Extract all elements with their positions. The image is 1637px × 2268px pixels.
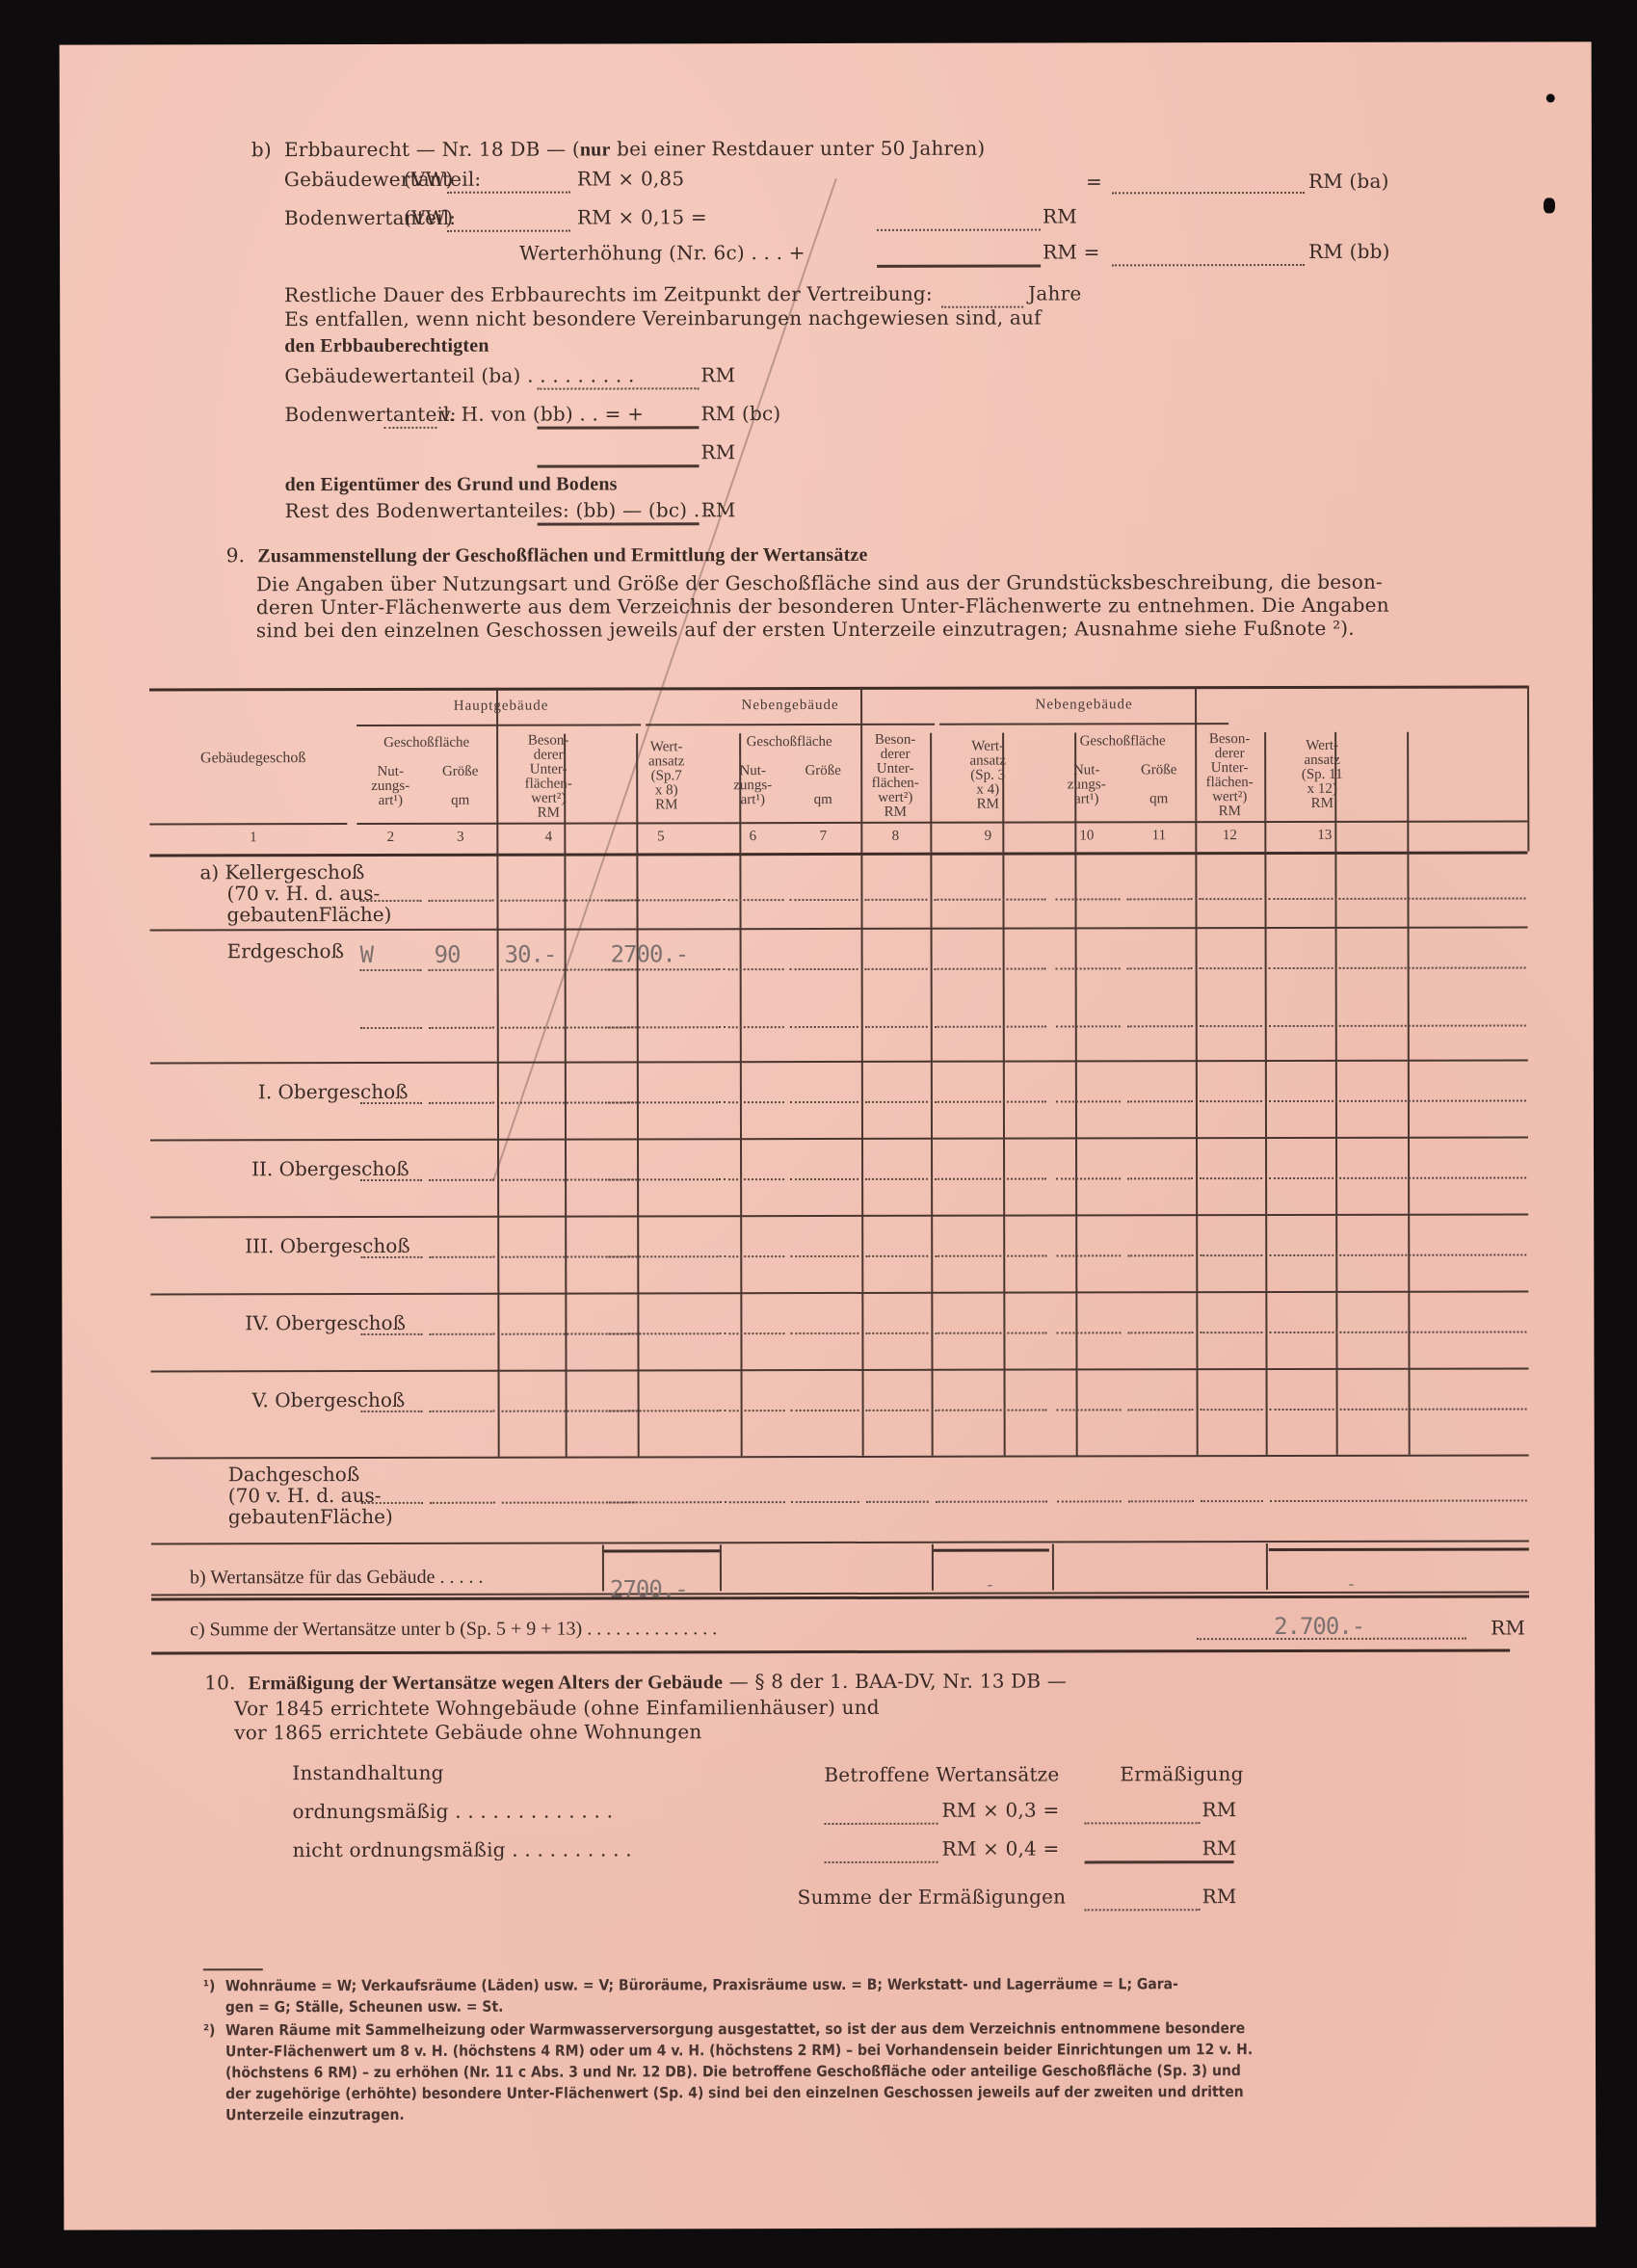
eigentuemer-heading: den Eigentümer des Grund und Bodens: [285, 473, 618, 496]
cell-entry-line[interactable]: [936, 1501, 1047, 1503]
section-10-heading: 10. Ermäßigung der Wertansätze wegen Alt…: [204, 1669, 1067, 1695]
col-besonderer: Beson-dererUnter-flächen-wert²)RM: [860, 733, 930, 820]
footnote-2: Waren Räume mit Sammelheizung oder Warmw…: [225, 2017, 1253, 2125]
col-number: 9: [930, 829, 1045, 845]
cell-entry-line[interactable]: [866, 1501, 929, 1503]
boden-factor: RM × 0,15 =: [577, 205, 707, 228]
row-label-obergeschoss-5: V. Obergeschoß: [252, 1389, 406, 1411]
cell-entry-line[interactable]: [1201, 1409, 1263, 1411]
erdgeschoss-wertansatz-value[interactable]: 2700.-: [611, 940, 689, 967]
ordnungsmaessig-ermaessigung-field[interactable]: [1084, 1805, 1200, 1824]
erdgeschoss-nutzungsart-value[interactable]: W: [360, 941, 374, 968]
col-groesse: Größe qm: [785, 764, 860, 807]
cell-entry-line[interactable]: [1128, 1409, 1194, 1411]
col-besonderer: Beson-dererUnter-flächen-wert²)RM: [1195, 732, 1264, 819]
cell-entry-line[interactable]: [935, 968, 1046, 970]
col-instandhaltung: Instandhaltung: [292, 1761, 443, 1784]
col-number: 5: [600, 829, 721, 845]
cell-entry-line[interactable]: [790, 1332, 858, 1334]
col-groesse: Größe qm: [1122, 763, 1195, 806]
col-wertansatz-3: Wert-ansatz(Sp. 11x 12)RM: [1264, 739, 1380, 811]
cell-entry-line[interactable]: [1127, 1254, 1193, 1256]
cell-entry-line[interactable]: [1127, 967, 1193, 969]
cell-entry-line[interactable]: [605, 1255, 721, 1257]
erdgeschoss-groesse-value[interactable]: 90: [435, 941, 461, 968]
cell-entry-line[interactable]: [1269, 966, 1526, 969]
cell-entry-line[interactable]: [1056, 1025, 1121, 1027]
section-9-heading: 9. Zusammenstellung der Geschoßflächen u…: [226, 542, 868, 567]
cell-entry-line[interactable]: [724, 1332, 784, 1334]
cell-entry-line[interactable]: [724, 1026, 784, 1028]
cell-entry-line[interactable]: [934, 899, 1045, 901]
row-b-nebengebaeude2-value[interactable]: -: [1346, 1574, 1356, 1595]
group-header-hauptgebaeude: Hauptgebäude: [356, 699, 646, 714]
erbbauberechtigten-heading: den Erbbauberechtigten: [284, 335, 488, 357]
cell-entry-line[interactable]: [606, 1501, 722, 1503]
cell-entry-line[interactable]: [428, 900, 493, 902]
cell-entry-line[interactable]: [725, 1410, 785, 1411]
cell-entry-line[interactable]: [360, 1179, 422, 1181]
footnote-2-mark: ²): [203, 2019, 216, 2041]
werterhoehung-label: Werterhöhung (Nr. 6c) . . . +: [519, 241, 805, 265]
cell-entry-line[interactable]: [724, 1255, 784, 1257]
row-b-nebengebaeude1-value[interactable]: -: [985, 1575, 994, 1596]
cell-entry-line[interactable]: [865, 1255, 928, 1257]
cell-entry-line[interactable]: [606, 1410, 722, 1411]
gebaeude-vw-field[interactable]: [447, 174, 570, 194]
equals-sign: =: [1086, 170, 1102, 193]
cell-entry-line[interactable]: [1127, 1100, 1193, 1102]
rest-field[interactable]: [538, 505, 700, 525]
row-label-obergeschoss-3: III. Obergeschoß: [245, 1235, 409, 1256]
subheader-geschossflaeche: Geschoßfläche: [356, 736, 496, 751]
cell-entry-line[interactable]: [1270, 1408, 1527, 1411]
col-number: 8: [860, 829, 930, 845]
jahre-unit: Jahre: [1028, 281, 1081, 304]
cell-entry-line[interactable]: [1127, 1177, 1193, 1179]
cell-entry-line[interactable]: [1199, 898, 1261, 900]
cell-entry-line[interactable]: [789, 899, 858, 901]
row-label-dachgeschoss: Dachgeschoß(70 v. H. d. aus-gebautenFläc…: [228, 1464, 393, 1527]
cell-entry-line[interactable]: [430, 1411, 495, 1412]
cell-entry-line[interactable]: [360, 1102, 422, 1104]
group-header-nebengebaeude-1: Nebengebäude: [646, 699, 935, 714]
form-page: b) Erbbaurecht — Nr. 18 DB — (nur bei ei…: [60, 41, 1597, 2229]
cell-entry-line[interactable]: [1269, 1331, 1526, 1333]
ba-result-field[interactable]: [1112, 174, 1305, 194]
boden-result-field[interactable]: [877, 212, 1041, 231]
cell-entry-line[interactable]: [360, 1027, 422, 1029]
cell-entry-line[interactable]: [1269, 1253, 1526, 1256]
cell-entry-line[interactable]: [1201, 1500, 1263, 1502]
cell-entry-line[interactable]: [936, 1410, 1047, 1411]
cell-entry-line[interactable]: [935, 1332, 1046, 1334]
geschossflaechen-table: Gebäudegeschoß Hauptgebäude Nebengebäude…: [149, 685, 1529, 1661]
col-number: 1: [149, 830, 356, 846]
summe-field[interactable]: [1085, 1891, 1201, 1911]
cell-entry-line[interactable]: [866, 1410, 929, 1411]
cell-entry-line[interactable]: [723, 899, 783, 901]
section-9-intro: Die Angaben über Nutzungsart und Größe d…: [256, 570, 1389, 642]
restdauer-label: Restliche Dauer des Erbbaurechts im Zeit…: [284, 282, 933, 306]
rm-unit: RM: [1202, 1836, 1237, 1859]
cell-entry-line[interactable]: [865, 968, 928, 970]
col-number: 3: [424, 830, 496, 846]
punch-hole: [1546, 93, 1555, 102]
cell-entry-line[interactable]: [724, 1101, 784, 1103]
footnote-1-mark: ¹): [203, 1975, 216, 1996]
col-header-gebaeudegeschoss: Gebäudegeschoß: [149, 751, 356, 765]
cell-entry-line[interactable]: [1057, 1409, 1122, 1411]
cell-entry-line[interactable]: [725, 1501, 785, 1503]
cell-entry-line[interactable]: [605, 1332, 721, 1334]
cell-entry-line[interactable]: [361, 1411, 423, 1412]
cell-entry-line[interactable]: [790, 1178, 858, 1180]
col-number: 13: [1264, 828, 1385, 844]
cell-entry-line[interactable]: [429, 1333, 494, 1335]
ba-field[interactable]: [537, 370, 699, 389]
factor-03: RM × 0,3 =: [941, 1798, 1059, 1821]
rm-unit: RM: [1201, 1798, 1236, 1821]
cell-entry-line[interactable]: [1269, 1176, 1526, 1179]
col-nutzungsart: Nut-zungs-art¹): [1050, 763, 1122, 806]
cell-entry-line[interactable]: [1055, 898, 1120, 900]
cell-entry-line[interactable]: [865, 1332, 928, 1334]
cell-entry-line[interactable]: [791, 1501, 859, 1503]
row-label-obergeschoss-2: II. Obergeschoß: [251, 1158, 409, 1179]
cell-entry-line[interactable]: [935, 1178, 1046, 1180]
cell-entry-line[interactable]: [1268, 897, 1525, 900]
cell-entry-line[interactable]: [1056, 1332, 1121, 1333]
rm-unit: RM: [701, 498, 736, 521]
cell-entry-line[interactable]: [430, 1502, 495, 1504]
bb-result-field[interactable]: [1112, 247, 1305, 266]
cell-entry-line[interactable]: [1056, 1177, 1121, 1179]
punch-hole: [1544, 198, 1555, 213]
cell-entry-line[interactable]: [429, 1027, 494, 1029]
col-wertansatz-2: Wert-ansatz(Sp. 3x 4)RM: [930, 740, 1045, 812]
cell-entry-line[interactable]: [1270, 1499, 1527, 1502]
cell-entry-line[interactable]: [1056, 967, 1121, 969]
cell-entry-line[interactable]: [429, 1102, 494, 1104]
cell-entry-line[interactable]: [361, 1502, 423, 1504]
cell-entry-line[interactable]: [790, 1026, 858, 1028]
nicht-ordnungsmaessig-wert-field[interactable]: [825, 1844, 938, 1863]
col-groesse: Größe qm: [424, 765, 496, 808]
cell-entry-line[interactable]: [429, 969, 494, 971]
ba-suffix: RM (ba): [1308, 170, 1389, 193]
footnote-divider: [203, 1968, 263, 1970]
nicht-ordnungsmaessig-label: nicht ordnungsmäßig . . . . . . . . . .: [293, 1837, 632, 1861]
col-wertansatz-1: Wert-ansatz(Sp.7x 8)RM: [600, 740, 732, 812]
col-number: 12: [1195, 828, 1264, 844]
cell-entry-line[interactable]: [1126, 898, 1192, 900]
col-nutzungsart: Nut-zungs-art¹): [718, 764, 787, 807]
cell-entry-line[interactable]: [935, 1026, 1046, 1028]
werterhoehung-field[interactable]: [877, 248, 1041, 268]
rm-unit: RM: [700, 363, 735, 386]
bb-suffix: RM (bb): [1308, 240, 1390, 263]
ordnungsmaessig-wert-field[interactable]: [824, 1806, 937, 1825]
row-label-obergeschoss-1: I. Obergeschoß: [258, 1081, 409, 1102]
col-number: 10: [1050, 828, 1122, 844]
bc-suffix: RM (bc): [700, 402, 780, 425]
rm-unit: RM: [1202, 1885, 1237, 1908]
footnote-1: Wohnräume = W; Verkaufsräume (Läden) usw…: [225, 1973, 1178, 2017]
cell-entry-line[interactable]: [360, 969, 422, 971]
erdgeschoss-unterflaechenwert-value[interactable]: 30.-: [505, 941, 557, 968]
cell-entry-line[interactable]: [724, 968, 784, 970]
cell-entry-line[interactable]: [935, 1101, 1046, 1103]
cell-entry-line[interactable]: [1200, 1177, 1262, 1179]
group-header-nebengebaeude-2: Nebengebäude: [939, 698, 1228, 713]
cell-entry-line[interactable]: [1269, 1024, 1526, 1027]
cell-entry-line[interactable]: [604, 899, 720, 901]
gebaeude-factor: RM × 0,85: [577, 167, 684, 190]
rm-unit: RM: [1491, 1616, 1525, 1639]
section-b-title: b) Erbbaurecht — Nr. 18 DB — (nur bei ei…: [251, 137, 986, 163]
cell-entry-line[interactable]: [790, 1101, 858, 1103]
cell-entry-line[interactable]: [1269, 1099, 1526, 1102]
cell-entry-line[interactable]: [865, 1178, 928, 1180]
cell-entry-line[interactable]: [790, 968, 858, 970]
cell-entry-line[interactable]: [864, 899, 927, 901]
rm-unit: RM: [700, 440, 735, 463]
cell-entry-line[interactable]: [1200, 1332, 1262, 1333]
cell-entry-line[interactable]: [790, 1255, 858, 1257]
col-number: 6: [718, 829, 787, 845]
col-number: 11: [1122, 828, 1195, 844]
row-b-label: b) Wertansätze für das Gebäude . . . . .: [190, 1567, 484, 1589]
entfallen-text: Es entfallen, wenn nicht besondere Verei…: [284, 306, 1042, 331]
col-ermaessigung: Ermäßigung: [1120, 1762, 1243, 1785]
col-number: 4: [496, 829, 600, 845]
cell-entry-line[interactable]: [1200, 1025, 1262, 1027]
cell-entry-line[interactable]: [865, 1101, 928, 1103]
cell-entry-line[interactable]: [360, 1333, 422, 1335]
row-c-sum-value[interactable]: 2.700.-: [1274, 1613, 1364, 1640]
subheader-geschossflaeche: Geschoßfläche: [718, 735, 860, 750]
cell-entry-line[interactable]: [791, 1410, 859, 1411]
cell-entry-line[interactable]: [1200, 1100, 1262, 1102]
col-number: 7: [785, 829, 860, 845]
cell-entry-line[interactable]: [1200, 1254, 1262, 1256]
col-number: 2: [356, 830, 424, 846]
summe-label: Summe der Ermäßigungen: [798, 1885, 1067, 1909]
cell-entry-line[interactable]: [1057, 1500, 1122, 1502]
row-label-obergeschoss-4: IV. Obergeschoß: [245, 1312, 406, 1333]
cell-entry-line[interactable]: [1056, 1100, 1121, 1102]
section-10-line2: Vor 1845 errichtete Wohngebäude (ohne Ei…: [234, 1696, 880, 1720]
subtotal-field[interactable]: [538, 447, 700, 467]
cell-entry-line[interactable]: [1127, 1332, 1193, 1333]
rm-unit: RM =: [1043, 240, 1100, 263]
rm-unit: RM: [1043, 204, 1077, 227]
row-b-hauptgebaeude-value[interactable]: 2700.-: [610, 1575, 688, 1602]
cell-entry-line[interactable]: [360, 1256, 422, 1258]
section-10-line3: vor 1865 errichtete Gebäude ohne Wohnung…: [234, 1720, 701, 1744]
ordnungsmaessig-label: ordnungsmäßig . . . . . . . . . . . . .: [292, 1799, 613, 1823]
col-betroffene: Betroffene Wertansätze: [824, 1762, 1059, 1786]
cell-entry-line[interactable]: [605, 1101, 721, 1103]
cell-entry-line[interactable]: [605, 1026, 721, 1028]
cell-entry-line[interactable]: [429, 1256, 494, 1258]
col-besonderer: Beson-dererUnter-flächen-wert²)RM: [496, 733, 600, 820]
cell-entry-line[interactable]: [1127, 1025, 1193, 1027]
factor-04: RM × 0,4 =: [942, 1836, 1060, 1859]
cell-entry-line[interactable]: [1128, 1500, 1194, 1502]
bc-field[interactable]: [537, 409, 699, 429]
row-label-kellergeschoss: a) Kellergeschoß(70 v. H. d. aus-gebaute…: [199, 861, 391, 925]
bc-percent-field[interactable]: [383, 409, 436, 429]
cell-entry-line[interactable]: [359, 900, 421, 902]
subheader-geschossflaeche: Geschoßfläche: [1050, 734, 1195, 749]
cell-entry-line[interactable]: [605, 1178, 721, 1180]
cell-entry-line[interactable]: [865, 1026, 928, 1028]
gebaeude-vw: (VW): [404, 168, 453, 191]
cell-entry-line[interactable]: [1200, 967, 1262, 969]
col-nutzungsart: Nut-zungs-art¹): [356, 765, 424, 808]
row-c-label: c) Summe der Wertansätze unter b (Sp. 5 …: [190, 1618, 717, 1640]
cell-entry-line[interactable]: [935, 1255, 1046, 1257]
boden-vw: (VW): [404, 206, 453, 229]
boden-vw-field[interactable]: [447, 213, 570, 232]
row-label-erdgeschoss: Erdgeschoß: [227, 940, 344, 962]
cell-entry-line[interactable]: [605, 968, 721, 970]
cell-entry-line[interactable]: [1056, 1254, 1121, 1256]
cell-entry-line[interactable]: [429, 1179, 494, 1181]
cell-entry-line[interactable]: [724, 1178, 784, 1180]
